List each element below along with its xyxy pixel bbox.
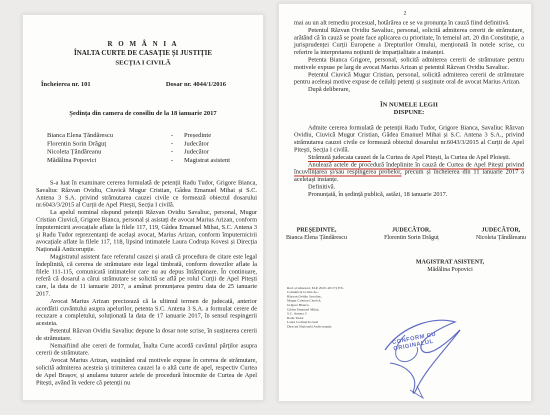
magistrate-title: MAGISTRAT ASISTENT, bbox=[369, 258, 531, 266]
paragraph: Pronunțată, în ședință publică, astăzi, … bbox=[294, 190, 524, 197]
member-name: Florentin Sorin Drăguț bbox=[47, 139, 171, 147]
panel-member-row: Nicoleta Țăndăreanu-Judecător bbox=[47, 148, 263, 156]
member-name: Bianca Elena Țăndărescu bbox=[47, 131, 171, 139]
text-segment: Admite cererea formulată de petenții Rad… bbox=[294, 124, 524, 153]
text-segment: Avocat Marius Arizan, susținând oral mot… bbox=[36, 357, 257, 386]
signature-row: PREȘEDINTE,Bianca Elena ȚăndărescuJUDECĂ… bbox=[279, 226, 531, 241]
signature-name: Nicoleta Țăndăreanu bbox=[476, 233, 526, 241]
signature-column: JUDECĂTOR,Nicoleta Țăndăreanu bbox=[476, 226, 526, 241]
paragraph: Petentul Răzvan Ovidiu Savaliuc, persona… bbox=[294, 26, 524, 56]
court-title: ÎNALTA CURTE DE CASAȚIE ȘI JUSTIȚIE bbox=[23, 49, 263, 58]
paragraph: Admite cererea formulată de petenții Rad… bbox=[294, 124, 524, 154]
page-2-content: 2 mai au un alt remediu procesual, hotăr… bbox=[279, 4, 531, 401]
panel-member-row: Bianca Elena Țăndărescu-Președinte bbox=[47, 131, 263, 139]
panel-member-row: Florentin Sorin Drăguț-Judecător bbox=[47, 139, 263, 147]
dash: - bbox=[171, 148, 184, 156]
signature-title: JUDECĂTOR, bbox=[384, 226, 439, 234]
member-role: Președinte bbox=[184, 131, 211, 139]
text-segment: ÎN NUMELE LEGII bbox=[380, 100, 438, 108]
signature-column: PREȘEDINTE,Bianca Elena Țăndărescu bbox=[286, 226, 347, 241]
paragraph: Nemaifiind alte cereri de formulat, Înal… bbox=[36, 342, 257, 357]
country-title: R O M Â N I A bbox=[23, 40, 263, 49]
member-name: Mădălina Popovici bbox=[47, 156, 171, 164]
signature-title: JUDECĂTOR, bbox=[476, 226, 526, 234]
text-segment: S-a luat în examinare cererea formulată … bbox=[36, 179, 257, 208]
member-role: Magistrat asistent bbox=[184, 156, 230, 164]
paragraph: DISPUNE: bbox=[294, 108, 524, 115]
text-segment: Definitivă. bbox=[308, 183, 335, 190]
text-segment: Avocat Marius Arizan precizează că la ul… bbox=[36, 297, 257, 326]
paragraph: Avocat Marius Arizan, susținând oral mot… bbox=[36, 357, 257, 387]
paragraph: Strămută judecata cauzei de la Curtea de… bbox=[294, 153, 524, 160]
text-segment: La apelul nominal răspund petenții Răzva… bbox=[36, 209, 257, 253]
paragraph: Petentul Răzvan Ovidiu Savaliuc depune l… bbox=[36, 327, 257, 342]
page-1-content: R O M Â N I A ÎNALTA CURTE DE CASAȚIE ȘI… bbox=[23, 15, 263, 400]
paragraph: Magistratul asistent face referatul cauz… bbox=[36, 253, 257, 297]
signature-name: Florentin Sorin Drăguț bbox=[384, 233, 439, 241]
text-segment: de la Curtea de Apel Pitești, la Curtea … bbox=[371, 153, 510, 160]
member-role: Judecător bbox=[184, 139, 209, 147]
paragraph: Avocat Marius Arizan precizează că la ul… bbox=[36, 297, 257, 327]
text-segment: mai au un alt remediu procesual, hotărâr… bbox=[294, 19, 510, 26]
paragraph: La apelul nominal răspund petenții Răzva… bbox=[36, 209, 257, 253]
dash: - bbox=[171, 139, 184, 147]
paragraph: mai au un alt remediu procesual, hotărâr… bbox=[294, 19, 524, 26]
page-2: 2 mai au un alt remediu procesual, hotăr… bbox=[278, 3, 532, 402]
panel-member-row: Mădălina Popovici-Magistrat asistent bbox=[47, 156, 263, 164]
text-segment: După deliberare, bbox=[308, 86, 350, 93]
signature-column: JUDECĂTOR,Florentin Sorin Drăguț bbox=[384, 226, 439, 241]
scanned-court-document: { "colors": { "underline_red": "#c5281c"… bbox=[0, 0, 550, 415]
text-segment: Nemaifiind alte cereri de formulat, Înal… bbox=[36, 342, 257, 356]
text-segment: DISPUNE: bbox=[394, 108, 425, 116]
page-2-body: mai au un alt remediu procesual, hotărâr… bbox=[279, 19, 531, 198]
page-1-body: S-a luat în examinare cererea formulată … bbox=[23, 179, 263, 386]
page-number: 2 bbox=[279, 4, 531, 16]
text-segment: Pronunțată, în ședință publică, astăzi, … bbox=[308, 190, 447, 197]
paragraph: Definitivă. bbox=[294, 183, 524, 190]
text-segment: Petenta Bianca Grigore, personal, solici… bbox=[294, 56, 524, 70]
dash: - bbox=[171, 131, 184, 139]
magistrate-name: Mădălina Popovici bbox=[369, 265, 531, 273]
text-segment: Petentul Ciuvică Mugur Cristian, persona… bbox=[294, 71, 524, 85]
paragraph: După deliberare, bbox=[294, 86, 524, 93]
dash: - bbox=[171, 156, 184, 164]
docket-number: Dosar nr. 4044/1/2016 bbox=[166, 80, 226, 88]
signature-name: Bianca Elena Țăndărescu bbox=[286, 233, 347, 241]
judges-panel: Bianca Elena Țăndărescu-PreședinteFloren… bbox=[23, 131, 263, 164]
document-header: R O M Â N I A ÎNALTA CURTE DE CASAȚIE ȘI… bbox=[23, 15, 263, 67]
text-segment: Petentul Răzvan Ovidiu Savaliuc, persona… bbox=[294, 26, 524, 55]
text-segment: Petentul Răzvan Ovidiu Savaliuc depune l… bbox=[36, 327, 257, 341]
paragraph: S-a luat în examinare cererea formulată … bbox=[36, 179, 257, 209]
member-name: Nicoleta Țăndăreanu bbox=[47, 148, 171, 156]
page-1: R O M Â N I A ÎNALTA CURTE DE CASAȚIE ȘI… bbox=[22, 14, 264, 401]
paragraph: Petentul Ciuvică Mugur Cristian, persona… bbox=[294, 71, 524, 86]
magistrate-signature: MAGISTRAT ASISTENT, Mădălina Popovici bbox=[279, 258, 531, 273]
paragraph: Anulează actele de procedură îndeplinite… bbox=[294, 161, 524, 183]
text-segment: Magistratul asistent face referatul cauz… bbox=[36, 253, 257, 297]
case-identifiers: Încheierea nr. 101 Dosar nr. 4044/1/2016 bbox=[23, 67, 263, 88]
member-role: Judecător bbox=[184, 148, 209, 156]
section-title: SECȚIA I CIVILĂ bbox=[23, 58, 263, 67]
signature-title: PREȘEDINTE, bbox=[286, 226, 347, 234]
session-title: Ședința din camera de consiliu de la 18 … bbox=[23, 109, 263, 117]
paragraph: Petenta Bianca Grigore, personal, solici… bbox=[294, 56, 524, 71]
ruling-number: Încheierea nr. 101 bbox=[41, 80, 91, 88]
